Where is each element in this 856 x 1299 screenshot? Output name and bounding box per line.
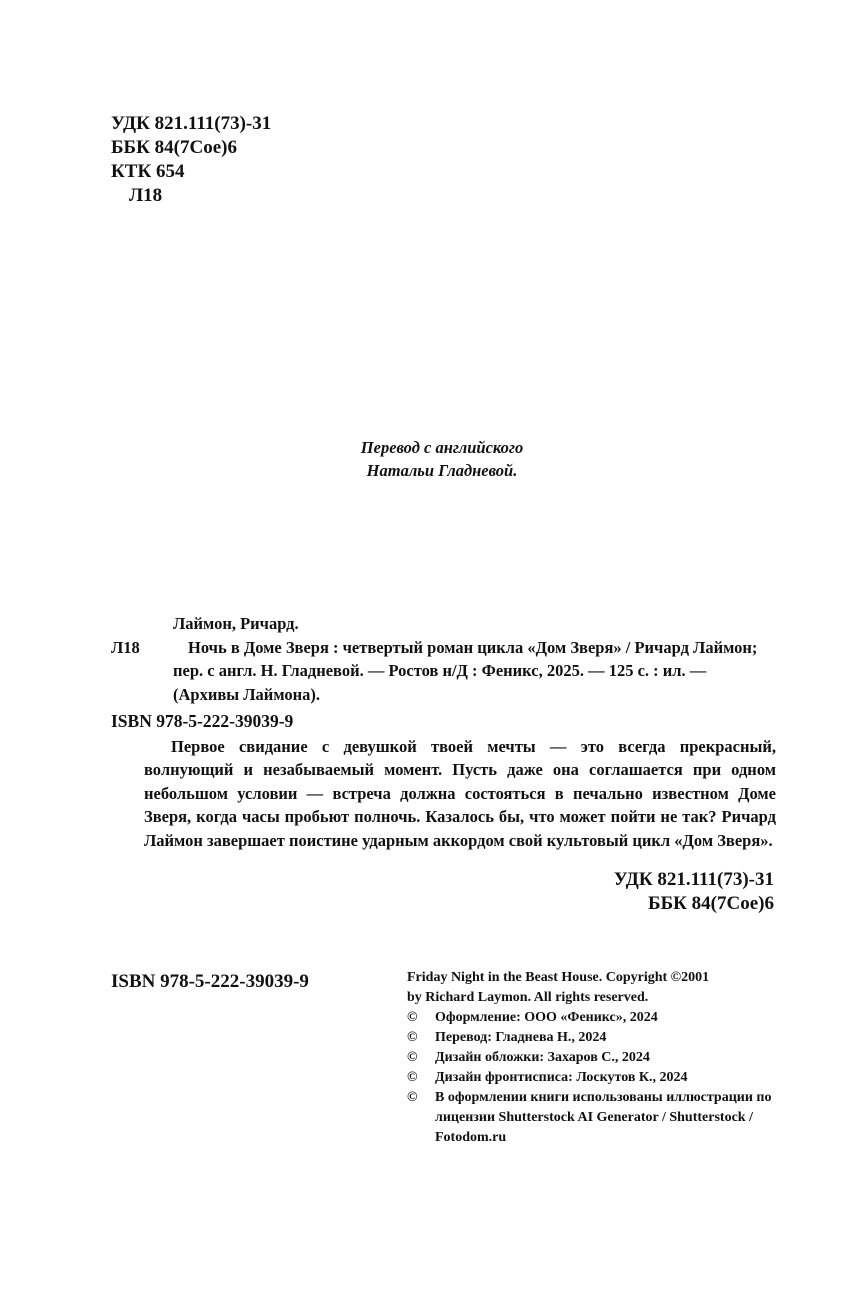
copyright-item-text: Перевод: Гладнева Н., 2024 — [435, 1028, 787, 1048]
original-copyright-line-1: Friday Night in the Beast House. Copyrig… — [407, 968, 787, 988]
record-author-mark: Л18 — [111, 636, 173, 707]
description-line-2: пер. с англ. Н. Гладневой. — Ростов н/Д … — [173, 659, 776, 683]
copyright-icon: © — [407, 1068, 435, 1088]
copyright-item-text: Дизайн обложки: Захаров С., 2024 — [435, 1048, 787, 1068]
copyright-item: © Дизайн фронтисписа: Лоскутов К., 2024 — [407, 1068, 787, 1088]
copyright-icon: © — [407, 1028, 435, 1048]
copyright-block: Friday Night in the Beast House. Copyrig… — [407, 968, 787, 1148]
record-description-text: Ночь в Доме Зверя : четвертый роман цикл… — [173, 636, 776, 707]
translator-line-2: Натальи Гладневой. — [28, 459, 856, 482]
ktk-code: КТК 654 — [111, 160, 271, 184]
record-description: Л18 Ночь в Доме Зверя : четвертый роман … — [111, 636, 776, 707]
copyright-item-text: Дизайн фронтисписа: Лоскутов К., 2024 — [435, 1068, 787, 1088]
translator-line-1: Перевод с английского — [28, 436, 856, 459]
isbn-bottom: ISBN 978-5-222-39039-9 — [111, 970, 309, 994]
udk-code: УДК 821.111(73)-31 — [111, 112, 271, 136]
right-udk-code: УДК 821.111(73)-31 — [614, 868, 774, 892]
copyright-icon: © — [407, 1088, 435, 1148]
original-copyright-line-2: by Richard Laymon. All rights reserved. — [407, 988, 787, 1008]
record-author: Лаймон, Ричард. — [111, 612, 776, 636]
copyright-item: © Перевод: Гладнева Н., 2024 — [407, 1028, 787, 1048]
translator-credit: Перевод с английского Натальи Гладневой. — [0, 436, 856, 482]
copyright-icon: © — [407, 1008, 435, 1028]
record-isbn: ISBN 978-5-222-39039-9 — [111, 710, 776, 734]
bbk-code: ББК 84(7Сое)6 — [111, 136, 271, 160]
copyright-item-text: Оформление: ООО «Феникс», 2024 — [435, 1008, 787, 1028]
right-bbk-code: ББК 84(7Сое)6 — [614, 892, 774, 916]
copyright-icon: © — [407, 1048, 435, 1068]
description-line-1: Ночь в Доме Зверя : четвертый роман цикл… — [173, 636, 776, 660]
copyright-item: © В оформлении книги использованы иллюст… — [407, 1088, 787, 1148]
copyright-item-text: В оформлении книги использованы иллюстра… — [435, 1088, 787, 1148]
annotation: Первое свидание с девушкой твоей мечты —… — [111, 735, 776, 853]
copyright-item: © Оформление: ООО «Феникс», 2024 — [407, 1008, 787, 1028]
author-mark: Л18 — [111, 184, 271, 208]
annotation-text: Первое свидание с девушкой твоей мечты —… — [144, 735, 776, 853]
copyright-item: © Дизайн обложки: Захаров С., 2024 — [407, 1048, 787, 1068]
description-line-3: (Архивы Лаймона). — [173, 683, 776, 707]
right-classification-codes: УДК 821.111(73)-31 ББК 84(7Сое)6 — [614, 868, 774, 916]
bibliographic-record: Лаймон, Ричард. Л18 Ночь в Доме Зверя : … — [111, 612, 776, 852]
classification-block: УДК 821.111(73)-31 ББК 84(7Сое)6 КТК 654… — [111, 112, 271, 208]
